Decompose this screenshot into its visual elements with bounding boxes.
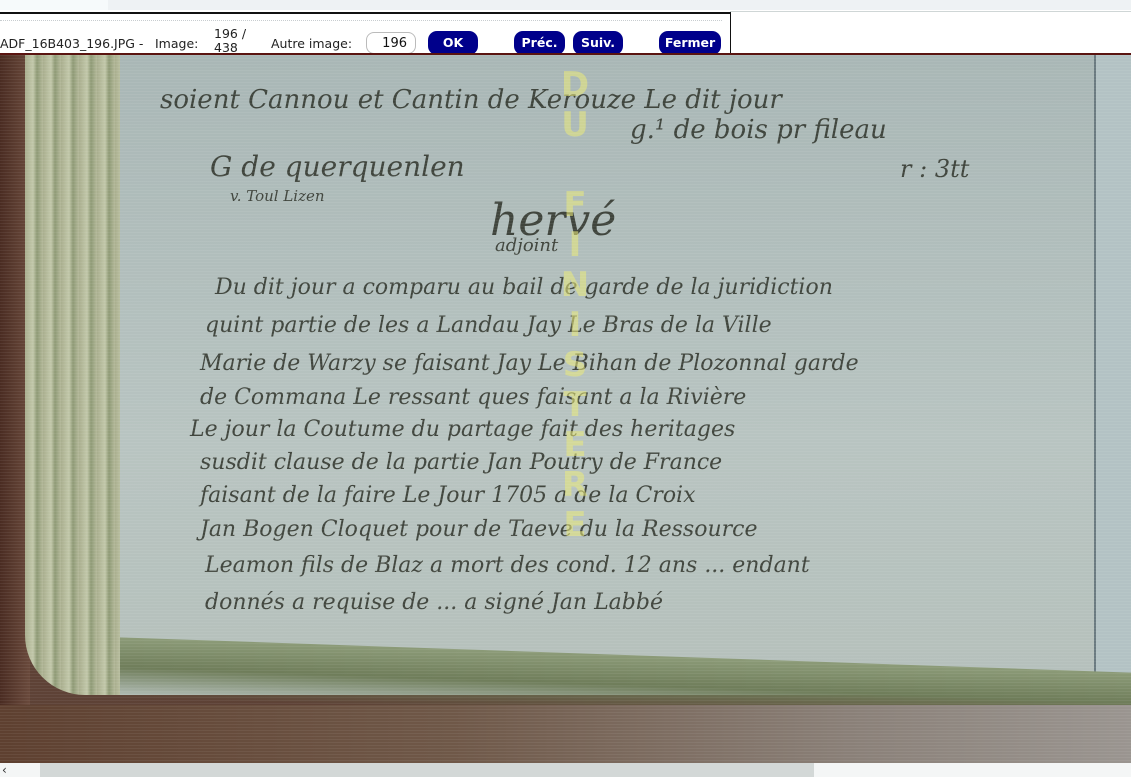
watermark-letter: U [560, 105, 590, 145]
handwriting-line: soient Cannou et Cantin de Kerouze Le di… [160, 85, 782, 115]
handwriting-line: g.¹ de bois pr fileau [630, 115, 887, 145]
watermark-letter: D [560, 65, 590, 105]
ok-button[interactable]: OK [428, 31, 478, 55]
next-button[interactable]: Suiv. [573, 31, 623, 55]
background-bottom [0, 705, 1131, 763]
handwriting-line: Marie de Warzy se faisant Jay Le Bihan d… [200, 351, 859, 376]
close-button[interactable]: Fermer [659, 31, 721, 55]
counter-current: 196 / [214, 26, 246, 41]
handwriting-line: Du dit jour a comparu au bail de garde d… [215, 275, 833, 300]
other-image-label: Autre image: [271, 36, 352, 51]
dotted-divider [0, 20, 722, 21]
horizontal-scrollbar[interactable]: ‹ [0, 763, 1131, 777]
previous-button[interactable]: Préc. [514, 31, 565, 55]
handwriting-line: faisant de la faire Le Jour 1705 a de la… [200, 483, 696, 508]
handwriting-line: de Commana Le ressant ques faisant a la … [200, 385, 746, 410]
browser-top-strip-left [0, 0, 108, 10]
image-counter: 196 / 438 [214, 27, 246, 55]
watermark-letter: S [560, 345, 590, 385]
watermark-letter: R [560, 465, 590, 505]
other-image-input[interactable] [366, 32, 416, 54]
divider [730, 11, 1131, 12]
watermark-letter: F [560, 185, 590, 225]
handwriting-line: adjoint [495, 235, 558, 256]
handwriting-line: Leamon fils de Blaz a mort des cond. 12 … [205, 553, 810, 578]
handwriting-line: Le jour la Coutume du partage fait des h… [190, 417, 735, 442]
next-page-edge [1094, 55, 1131, 675]
watermark-letter: E [560, 425, 590, 465]
handwriting-line: G de querquenlen [210, 150, 465, 183]
watermark-letter: I [560, 225, 590, 265]
filename-label: ADF_16B403_196.JPG - [0, 36, 143, 51]
watermark-letter: I [560, 305, 590, 345]
scroll-left-arrow-icon[interactable]: ‹ [2, 763, 7, 777]
image-label: Image: [155, 36, 198, 51]
scrollbar-thumb[interactable] [40, 763, 814, 777]
handwriting-line: donnés a requise de ... a signé Jan Labb… [205, 590, 663, 615]
archive-image-viewer[interactable]: soient Cannou et Cantin de Kerouze Le di… [0, 53, 1131, 763]
watermark-letter: E [560, 505, 590, 545]
handwriting-line: susdit clause de la partie Jan Poutry de… [200, 450, 722, 475]
browser-top-strip [0, 0, 1131, 10]
handwriting-line: Jan Bogen Cloquet pour de Taeve du la Re… [200, 517, 757, 542]
handwriting-line: v. Toul Lizen [230, 187, 325, 205]
archive-watermark: D U F I N I S T E R E [560, 65, 590, 545]
handwriting-line: r : 3tt [900, 155, 969, 183]
image-viewer-toolbar: ADF_16B403_196.JPG - Image: 196 / 438 Au… [0, 12, 731, 54]
handwriting-line: quint partie de les a Landau Jay Le Bras… [205, 313, 772, 338]
watermark-letter: T [560, 385, 590, 425]
watermark-letter: N [560, 265, 590, 305]
